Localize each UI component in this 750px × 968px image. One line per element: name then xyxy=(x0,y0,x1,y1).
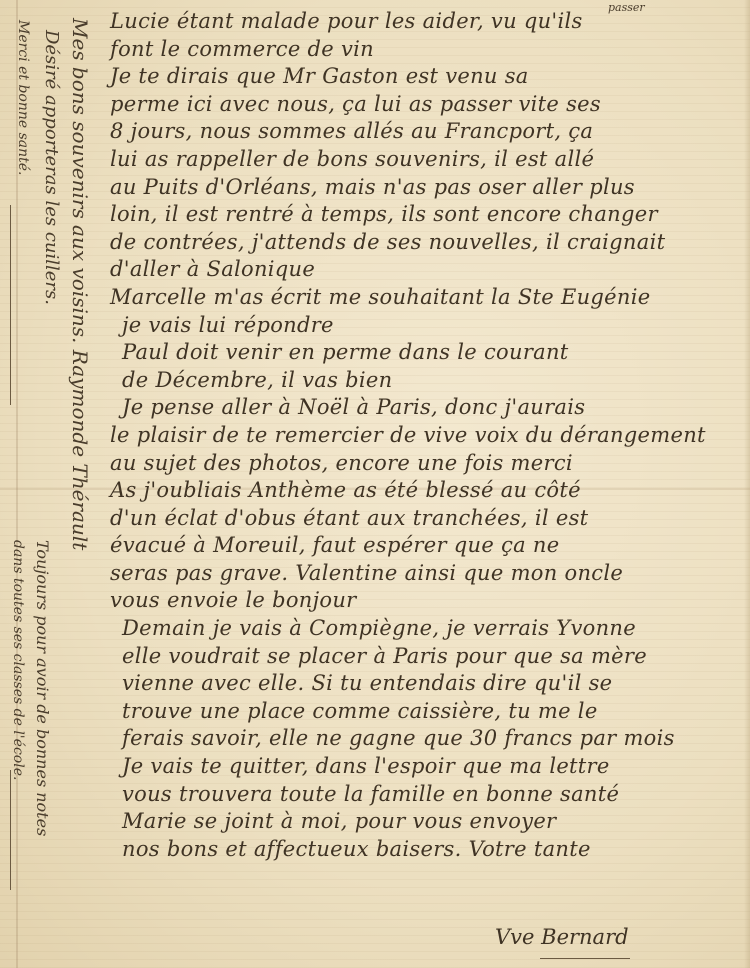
letter-line: vous envoie le bonjour xyxy=(110,587,740,615)
margin-rule xyxy=(10,205,11,405)
letter-body: Lucie étant malade pour les aider, vu qu… xyxy=(110,8,740,863)
letter-line: Demain je vais à Compiègne, je verrais Y… xyxy=(110,615,740,643)
letter-line: Paul doit venir en perme dans le courant xyxy=(110,339,740,367)
paper-edge xyxy=(744,0,750,968)
letter-line: 8 jours, nous sommes allés au Francport,… xyxy=(110,118,740,146)
letter-line: vous trouvera toute la famille en bonne … xyxy=(110,781,740,809)
letter-line: Je te dirais que Mr Gaston est venu sa xyxy=(110,63,740,91)
letter-page: passer Lucie étant malade pour les aider… xyxy=(0,0,750,968)
letter-line: ferais savoir, elle ne gagne que 30 fran… xyxy=(110,725,740,753)
letter-line: Je pense aller à Noël à Paris, donc j'au… xyxy=(110,394,740,422)
letter-line: elle voudrait se placer à Paris pour que… xyxy=(110,643,740,671)
signature-underline xyxy=(540,958,630,959)
letter-line: As j'oubliais Anthème as été blessé au c… xyxy=(110,477,740,505)
letter-line: font le commerce de vin xyxy=(110,36,740,64)
signature: Vve Bernard xyxy=(495,925,629,949)
letter-line: nos bons et affectueux baisers. Votre ta… xyxy=(110,836,740,864)
letter-line: au Puits d'Orléans, mais n'as pas oser a… xyxy=(110,174,740,202)
letter-line: je vais lui répondre xyxy=(110,312,740,340)
margin-note: Merci et bonne santé. xyxy=(16,20,30,176)
letter-line: loin, il est rentré à temps, ils sont en… xyxy=(110,201,740,229)
letter-line: perme ici avec nous, ça lui as passer vi… xyxy=(110,91,740,119)
margin-note: Toujours pour avoir de bonnes notes xyxy=(33,540,52,836)
margin-note: dans toutes ses classes de l'école. xyxy=(10,540,26,780)
margin-rule xyxy=(10,770,11,890)
letter-line: évacué à Moreuil, faut espérer que ça ne xyxy=(110,532,740,560)
letter-line: Lucie étant malade pour les aider, vu qu… xyxy=(110,8,740,36)
letter-line: Je vais te quitter, dans l'espoir que ma… xyxy=(110,753,740,781)
letter-line: Marie se joint à moi, pour vous envoyer xyxy=(110,808,740,836)
letter-line: Marcelle m'as écrit me souhaitant la Ste… xyxy=(110,284,740,312)
letter-line: le plaisir de te remercier de vive voix … xyxy=(110,422,740,450)
margin-note: Mes bons souvenirs aux voisins. Raymonde… xyxy=(68,18,92,550)
letter-line: d'un éclat d'obus étant aux tranchées, i… xyxy=(110,505,740,533)
margin-note: Désiré apporteras les cuillers. xyxy=(41,30,62,305)
letter-line: au sujet des photos, encore une fois mer… xyxy=(110,450,740,478)
letter-line: d'aller à Salonique xyxy=(110,256,740,284)
letter-line: trouve une place comme caissière, tu me … xyxy=(110,698,740,726)
letter-line: seras pas grave. Valentine ainsi que mon… xyxy=(110,560,740,588)
letter-line: lui as rappeller de bons souvenirs, il e… xyxy=(110,146,740,174)
letter-line: vienne avec elle. Si tu entendais dire q… xyxy=(110,670,740,698)
letter-line: de contrées, j'attends de ses nouvelles,… xyxy=(110,229,740,257)
letter-line: de Décembre, il vas bien xyxy=(110,367,740,395)
